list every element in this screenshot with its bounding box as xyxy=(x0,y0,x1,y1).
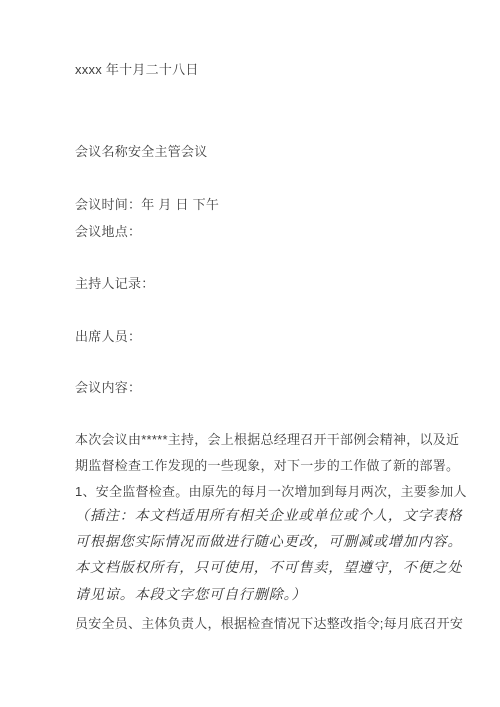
meeting-title: 会议名称安全主管会议 xyxy=(75,143,460,161)
field-attendees: 出席人员： xyxy=(75,328,460,346)
insert-note-line: 本文档版权所有，只可使用，不可售卖，望遵守，不便之处 xyxy=(75,560,460,578)
document-page: xxxx 年十月二十八日 会议名称安全主管会议 会议时间：年 月 日 下午 会议… xyxy=(0,0,500,707)
field-meeting-time: 会议时间：年 月 日 下午 xyxy=(75,196,460,214)
field-meeting-location: 会议地点： xyxy=(75,223,460,241)
insert-note-line: 请见谅。本段文字您可自行删除。） xyxy=(75,587,460,605)
body-line: 1、安全监督检查。由原先的每月一次增加到每月两次，主要参加人 xyxy=(75,483,460,501)
body-line: 本次会议由*****主持，会上根据总经理召开干部例会精神，以及近 xyxy=(75,431,460,449)
field-host-record: 主持人记录： xyxy=(75,275,460,293)
date-line: xxxx 年十月二十八日 xyxy=(75,61,460,79)
insert-note-line: （插注：本文档适用所有相关企业或单位或个人，文字表格 xyxy=(75,508,460,526)
body-line: 员安全员、主体负责人，根据检查情况下达整改指令;每月底召开安 xyxy=(75,615,460,633)
body-line: 期监督检查工作发现的一些现象，对下一步的工作做了新的部署。 xyxy=(75,457,460,475)
field-content-label: 会议内容： xyxy=(75,379,460,397)
insert-note-line: 可根据您实际情况而做进行随心更改，可删减或增加内容。 xyxy=(75,534,460,552)
